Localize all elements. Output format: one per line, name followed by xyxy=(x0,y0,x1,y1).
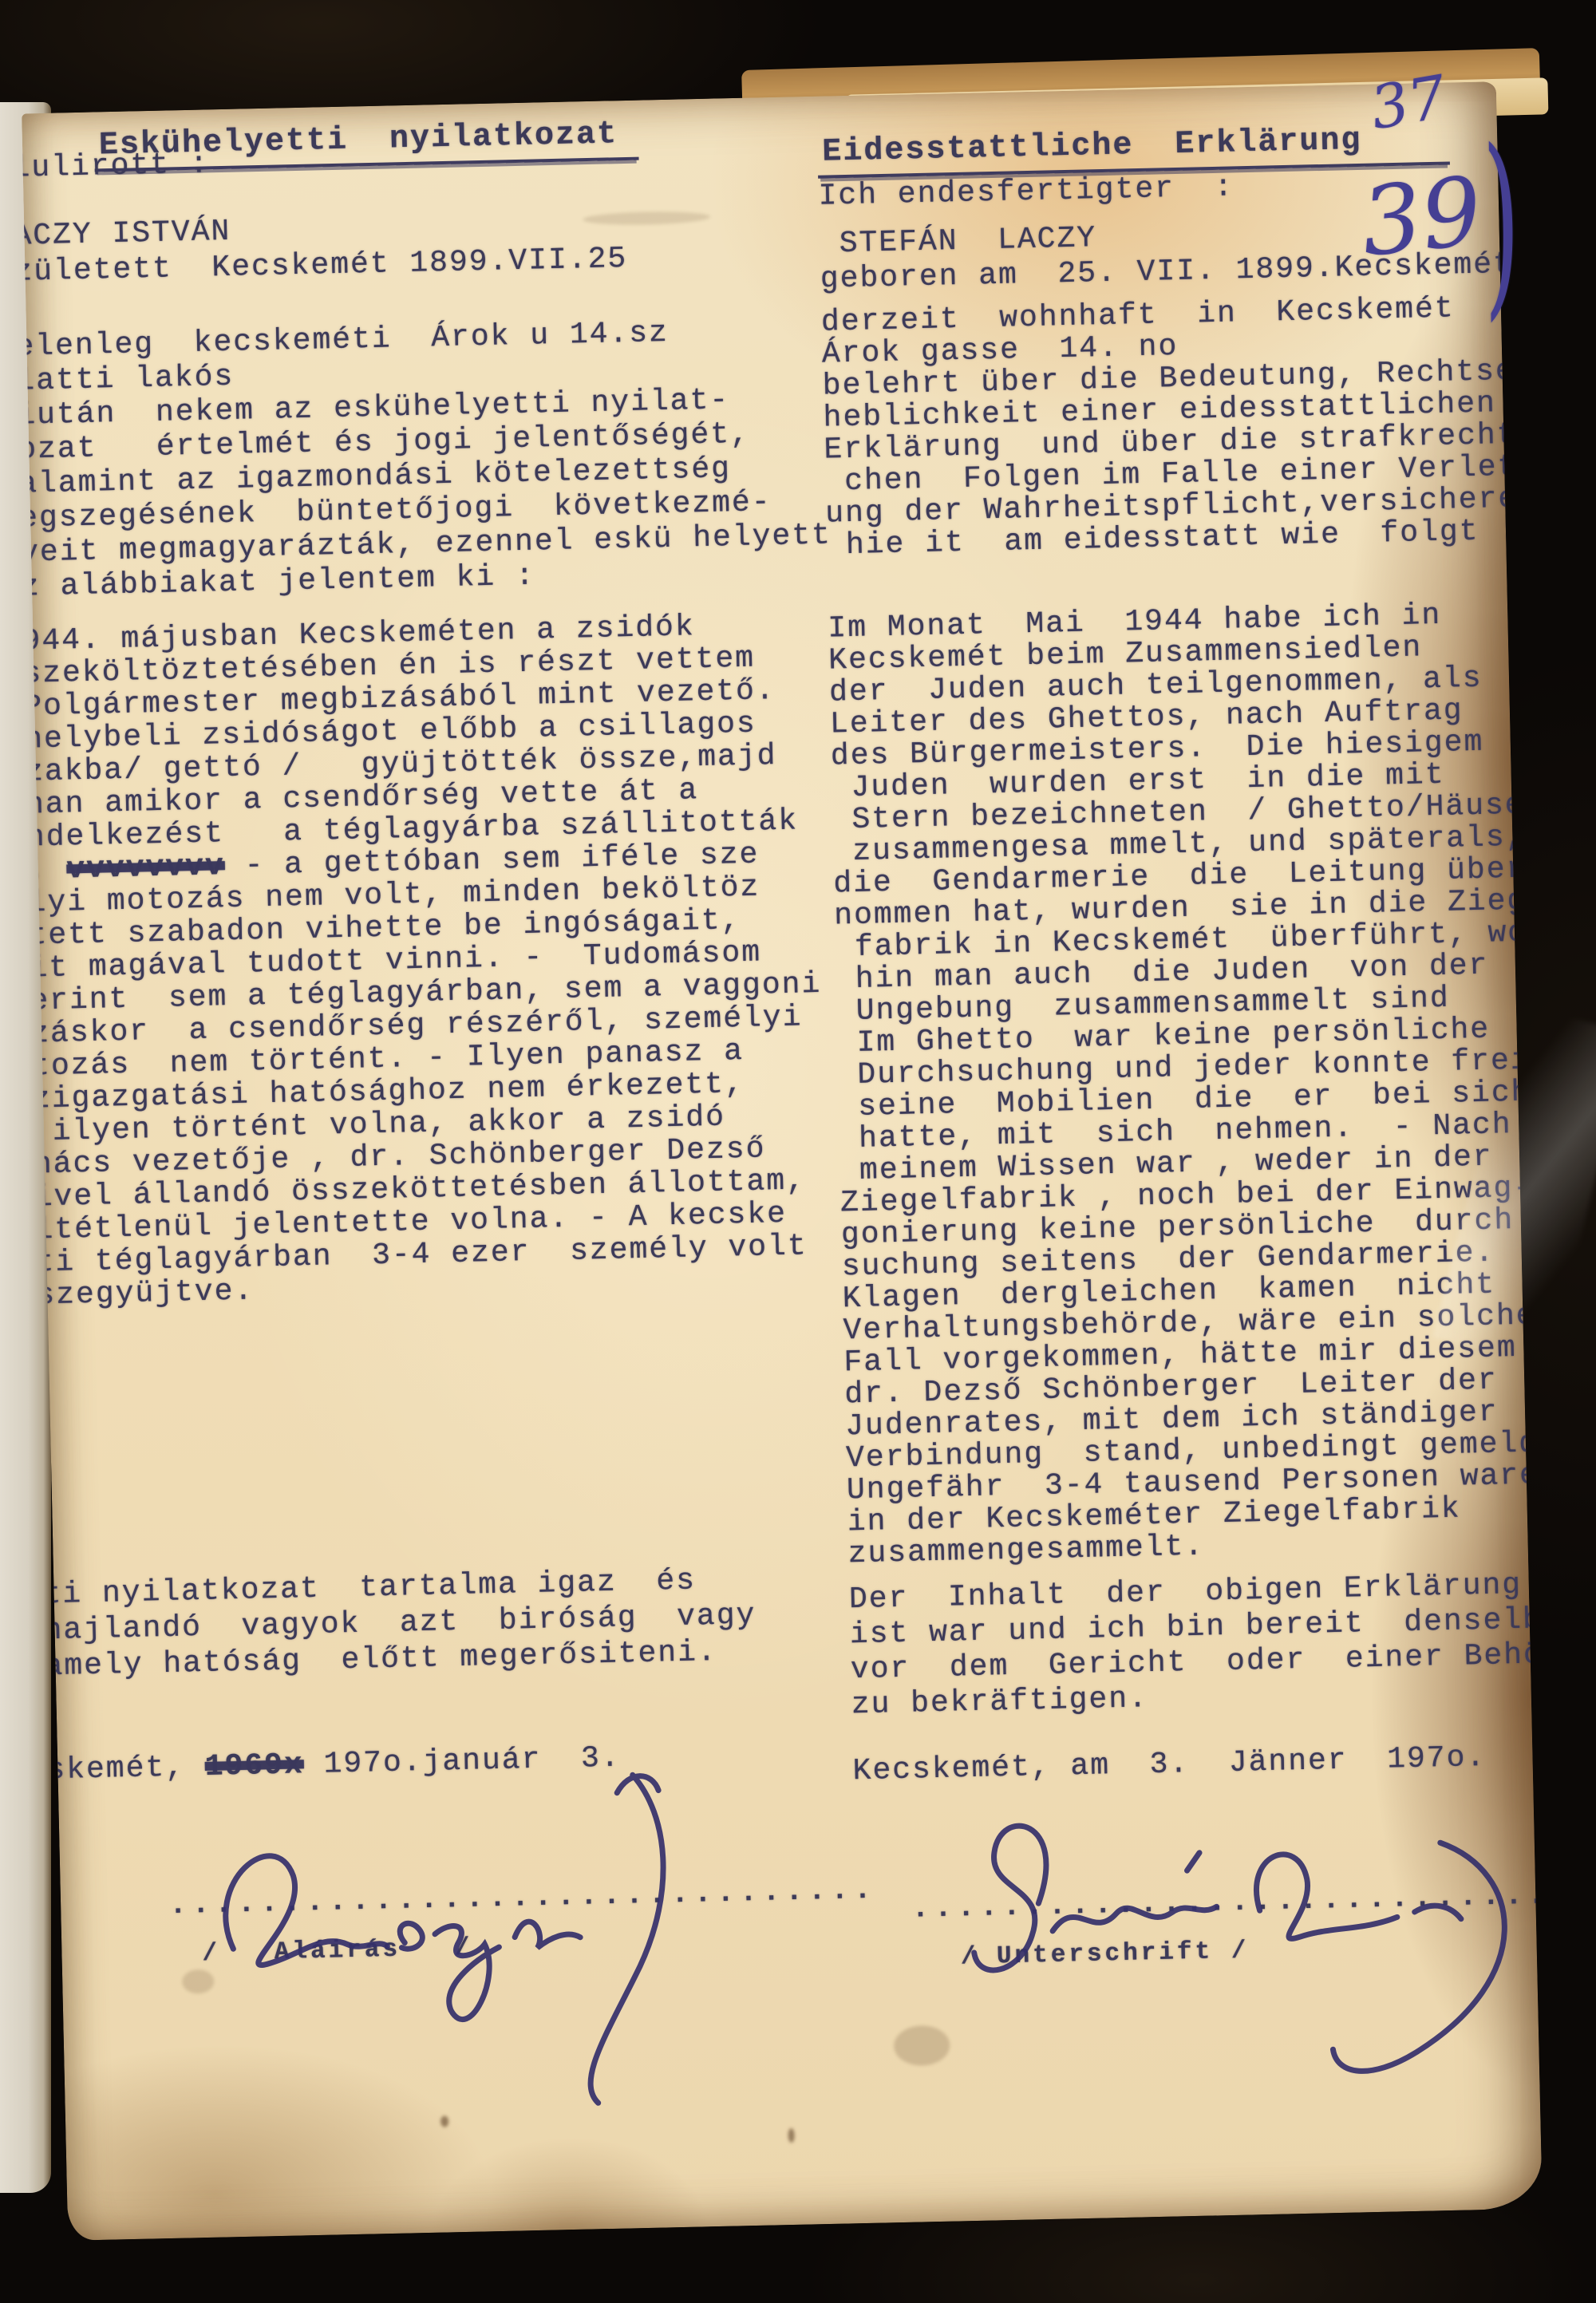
stain-speck xyxy=(788,2128,794,2143)
text-line: lulirott : xyxy=(22,146,210,186)
hungarian-column: Eskühelyetti nyilatkozat lulirott : ACZY… xyxy=(22,95,863,113)
signature-laczy-istvan xyxy=(153,1757,800,2138)
document-page: Eskühelyetti nyilatkozat lulirott : ACZY… xyxy=(22,81,1543,2241)
german-closing-lines: Der Inhalt der obigen Erklärungist war u… xyxy=(849,1566,1543,1724)
german-intro-lines: derzeit wohnhaft in KecskemétÁrok gasse … xyxy=(821,291,1539,562)
hungarian-intro-opening: lulirott : xyxy=(22,146,210,186)
hungarian-closing-lines: ti nyilatkozat tartalma igaz éshajlandó … xyxy=(42,1562,757,1685)
german-body-lines: Im Monat Mai 1944 habe ich inKecskemét b… xyxy=(828,597,1543,1570)
handwritten-page-number-37: 37 xyxy=(1365,62,1452,143)
hungarian-body-lines: 944. májusban Kecskeméten a zsidókszeköl… xyxy=(22,608,828,1312)
german-heading: Eidesstattliche Erklärung xyxy=(817,122,1450,178)
stain-speck xyxy=(440,2115,448,2127)
signature-stefan-laczy xyxy=(880,1759,1543,2142)
hungarian-intro-lines: elenleg kecskeméti Árok u 14.szlatti lak… xyxy=(22,313,832,605)
scanned-document-photo: { "annotations": { "page_number_small": … xyxy=(0,0,1596,2303)
heading-underlined: Eidesstattliche Erklärung xyxy=(817,122,1450,178)
hungarian-declarant: ACZY ISTVÁNzületett Kecskemét 1899.VII.2… xyxy=(22,205,628,290)
handwritten-page-number-39: 39) xyxy=(1356,152,1523,278)
